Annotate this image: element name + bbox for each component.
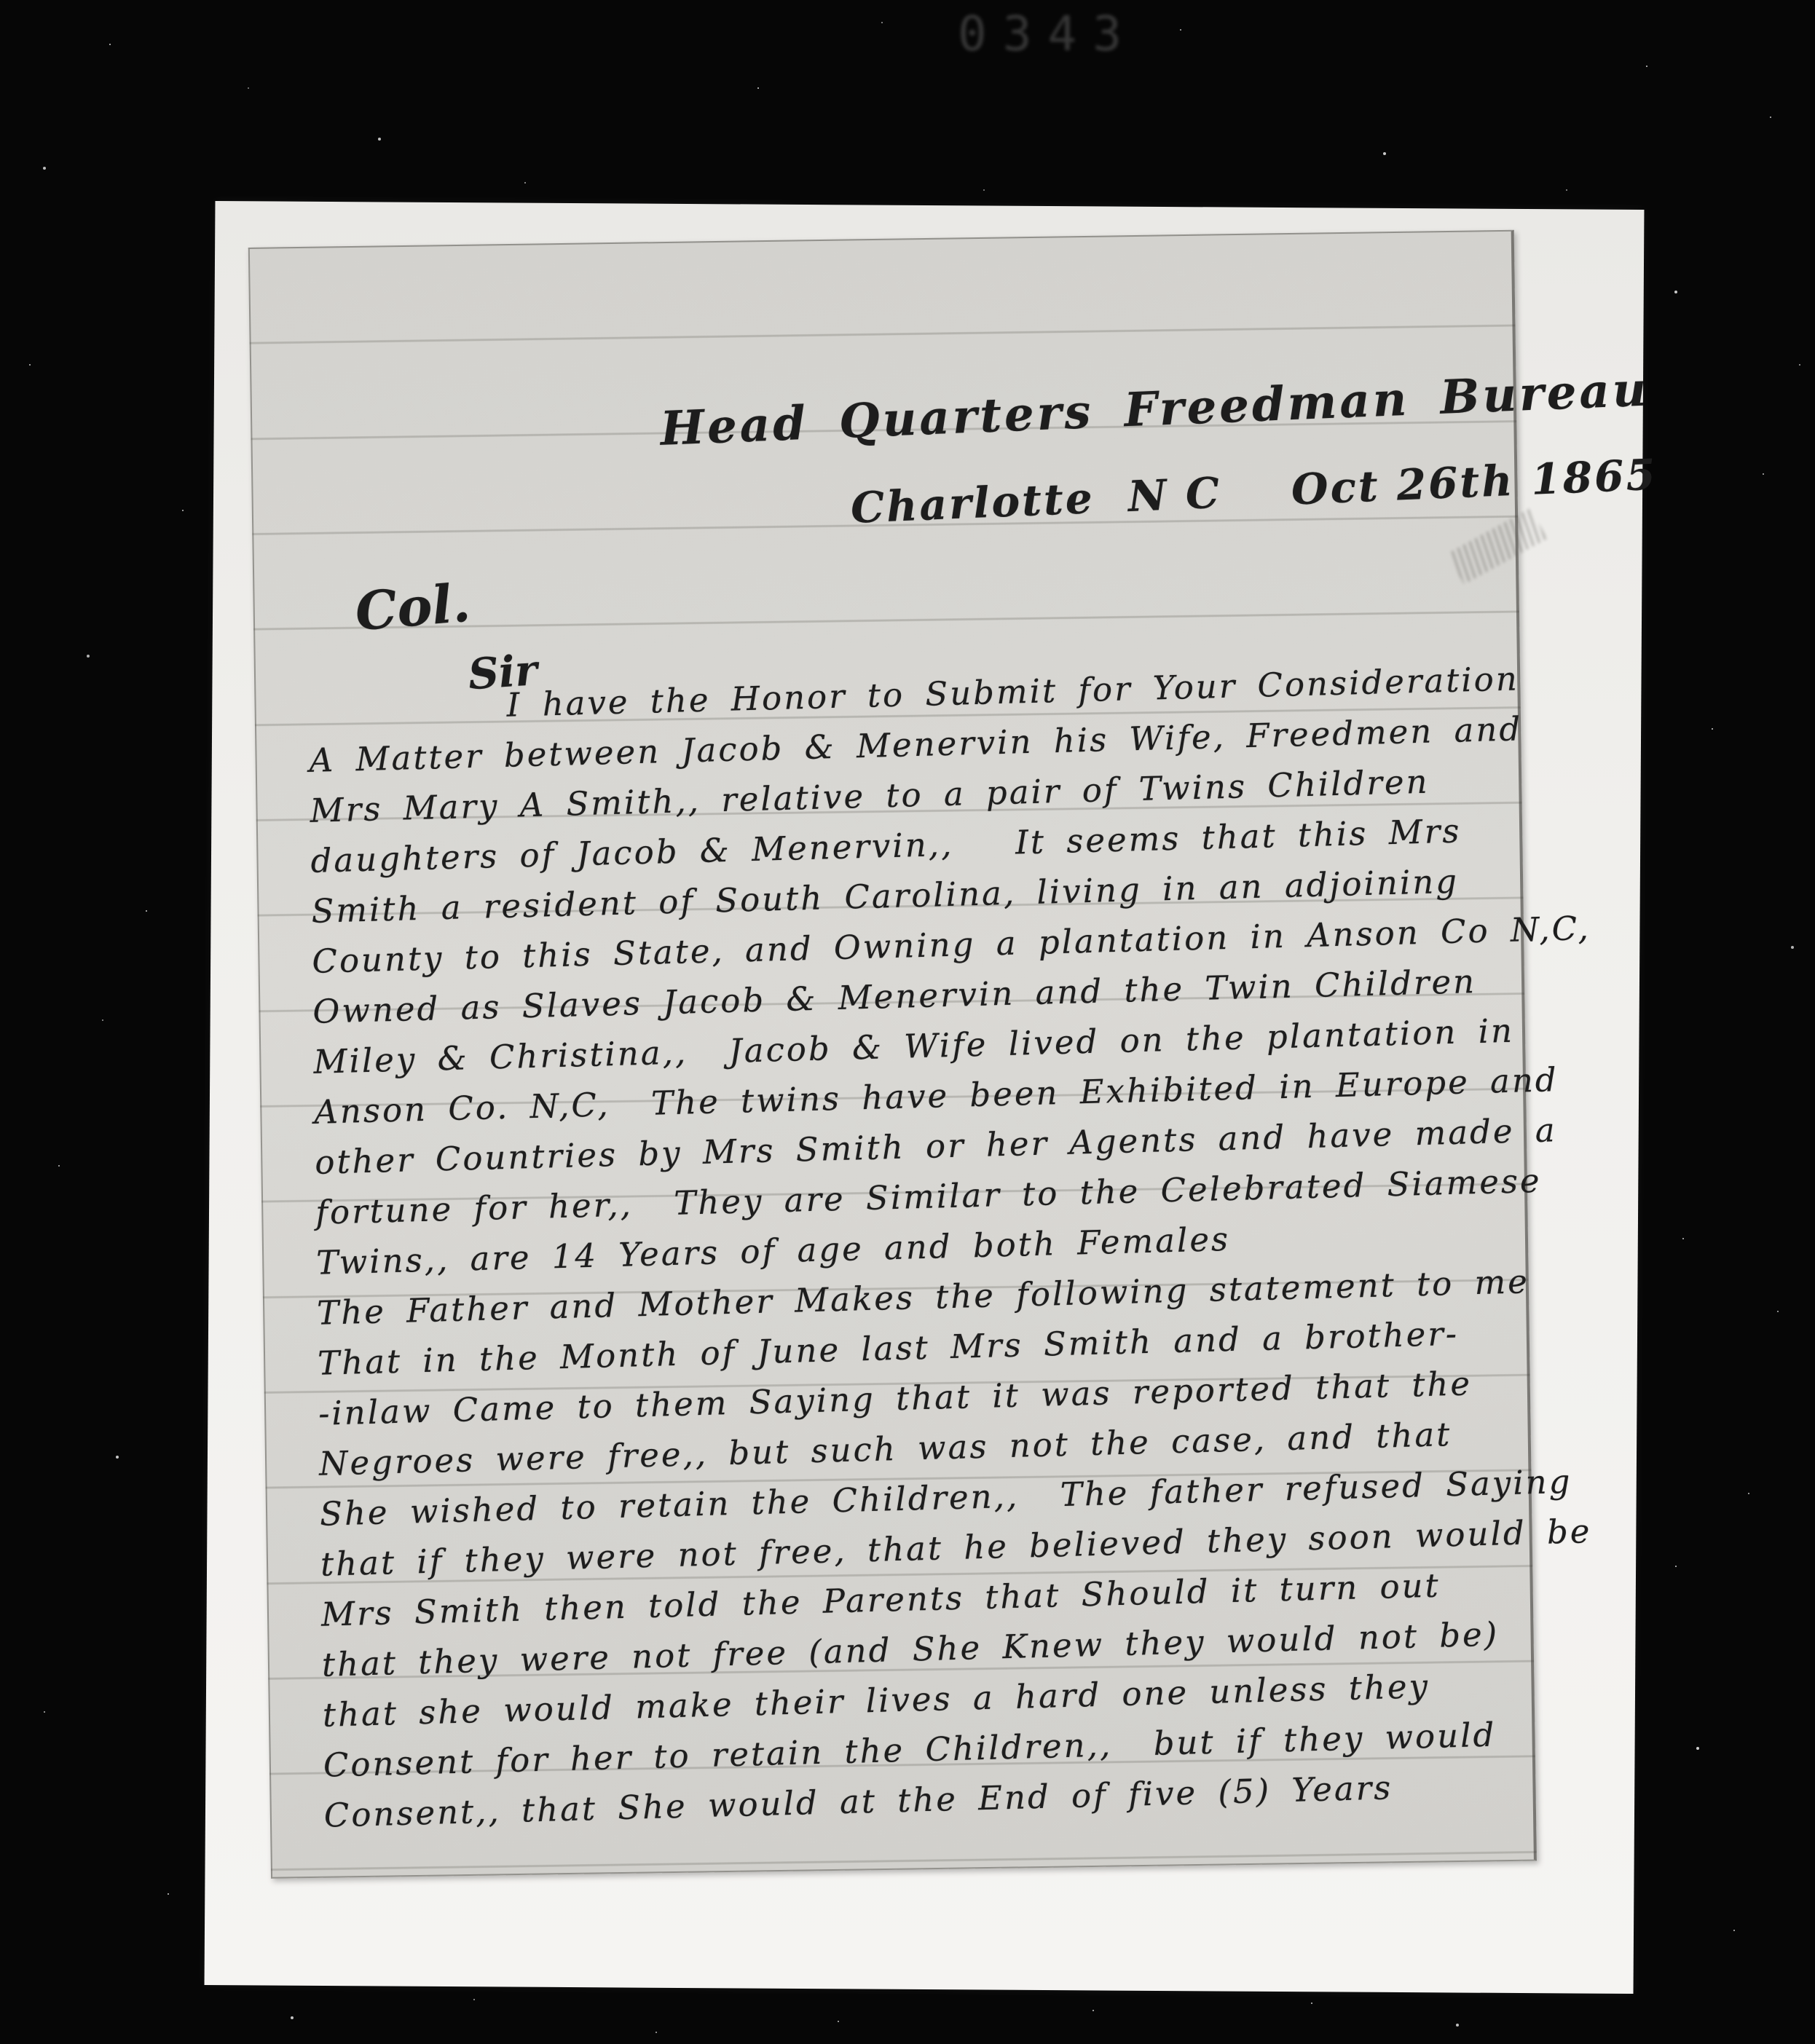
frame-number: 0343: [958, 6, 1138, 62]
letter-page: Head Quarters Freedman Bureau Charlotte …: [248, 230, 1537, 1879]
letterhead-date: Oct 26th 1865: [1291, 450, 1659, 515]
paper-mat: Head Quarters Freedman Bureau Charlotte …: [205, 201, 1645, 1994]
microfilm-photo-stage: 0343 Head Quarters Freedman Bureau Charl…: [0, 0, 1815, 2044]
film-dust-specks: [0, 0, 1, 1]
letterhead-office: Head Quarters Freedman Bureau: [659, 362, 1650, 456]
letterhead-place: Charlotte N C: [850, 468, 1223, 533]
ink-smudge: [1447, 508, 1547, 585]
salutation-col: Col.: [353, 571, 472, 642]
letter-body: I have the Honor to Submit for Your Cons…: [308, 668, 1527, 1841]
